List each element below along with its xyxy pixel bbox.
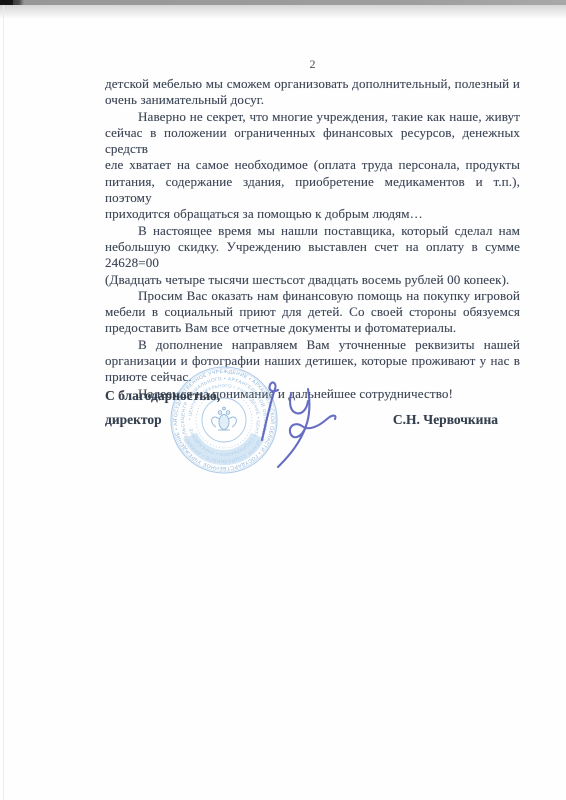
body-line: предоставить Вам все отчетные документы … xyxy=(105,320,520,336)
letter-body: детской мебелью мы сможем организовать д… xyxy=(105,76,520,402)
signer-title: директор xyxy=(105,412,162,428)
body-line: Просим Вас оказать нам финансовую помощь… xyxy=(105,288,520,304)
body-line: (Двадцать четыре тысячи шестьсот двадцат… xyxy=(105,272,520,288)
body-line: В дополнение направляем Вам уточненные р… xyxy=(105,337,520,353)
scan-artifact-top-fade xyxy=(0,5,566,19)
body-line: мебели в социальный приют для детей. Со … xyxy=(105,304,520,320)
scan-artifact-left-edge xyxy=(3,5,4,800)
page-number: 2 xyxy=(105,57,520,72)
body-line: очень занимательный досуг. xyxy=(105,92,520,108)
director-signature-ink xyxy=(248,373,360,473)
body-line: приходится обращаться за помощью к добры… xyxy=(105,206,520,222)
body-line: детской мебелью мы сможем организовать д… xyxy=(105,76,520,92)
signer-name: С.Н. Червочкина xyxy=(393,412,498,428)
scanned-letter-page: 2 детской мебелью мы сможем организовать… xyxy=(0,0,566,800)
body-line: питания, содержание здания, приобретение… xyxy=(105,174,520,207)
closing-salutation: С благодарностью, xyxy=(105,388,220,404)
body-line: В настоящее время мы нашли поставщика, к… xyxy=(105,223,520,239)
body-line: сейчас в положении ограниченных финансов… xyxy=(105,125,520,158)
body-line: еле хватает на самое необходимое (оплата… xyxy=(105,157,520,173)
body-line: небольшую скидку. Учреждению выставлен с… xyxy=(105,239,520,272)
body-line: Наверно не секрет, что многие учреждения… xyxy=(105,109,520,125)
